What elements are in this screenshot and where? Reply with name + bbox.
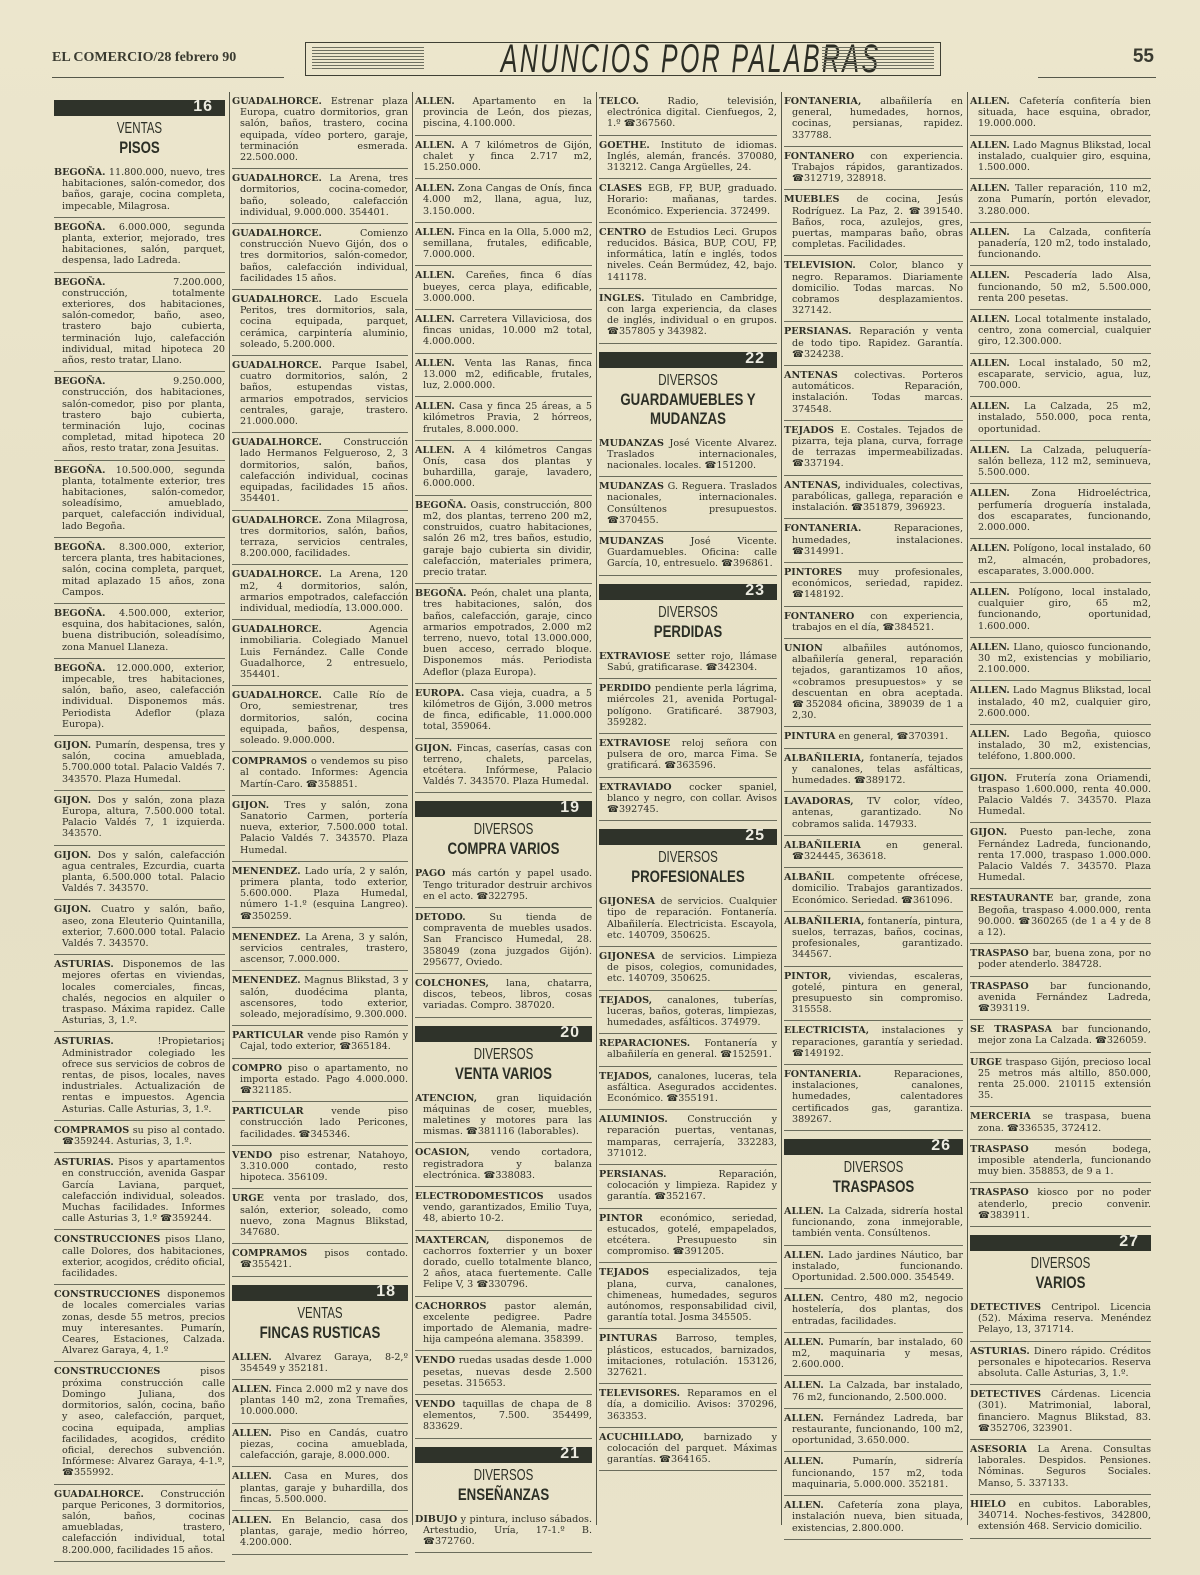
section-title: FINCAS RUSTICAS [251,1323,388,1342]
classified-ad: UNION albañiles autónomos, albañilería g… [784,639,963,727]
column-1: 16 VENTAS PISOSBEGOÑA. 11.800.000, nuevo… [52,92,227,1525]
classified-ad: ALLEN. La Calzada, sidrería hostal funci… [784,1202,963,1246]
classified-ad: GUADALHORCE. Comienzo construcción Nuevo… [232,224,408,290]
section-bar: 20 [415,1026,592,1042]
ad-lead: PARTICULAR [232,1030,304,1041]
column-2: GUADALHORCE. Estrenar plaza Europa, cuat… [229,92,410,1525]
ad-lead: GUADALHORCE. [232,173,322,184]
ad-lead: ALBAÑIL [784,872,834,883]
ad-lead: OCASION, [415,1147,470,1158]
ad-lead: MENENDEZ. [232,866,301,877]
section-bar: 22 [599,352,777,368]
ad-lead: GUADALHORCE. [232,294,322,305]
classified-ad: ALLEN. A 4 kilómetros Cangas Onís, casa … [415,441,592,496]
ad-lead: ALLEN. [784,1500,824,1511]
classified-ad: ALLEN. Fernández Ladreda, bar restaurant… [784,1409,963,1453]
section-title: PISOS [73,138,206,157]
ad-lead: UNION [784,643,823,654]
classified-ad: PERSIANAS. Reparación y venta de todo ti… [784,322,963,366]
ad-lead: GUADALHORCE. [232,624,322,635]
ad-lead: MUDANZAS [599,536,664,547]
classified-ad: ASTURIAS. Pisos y apartamentos en constr… [54,1153,225,1230]
classified-ad: GIJONESA de servicios. Limpieza de pisos… [599,947,777,991]
ad-lead: BEGOÑA. [54,663,106,674]
ad-lead: GIJON. [54,740,91,751]
section-category: DIVERSOS [995,1255,1125,1273]
ad-text: !Propietarios¡ Administrador colegiado l… [62,1036,225,1114]
ad-lead: ALLEN. [232,1384,272,1395]
classified-ad: TRASPASO mesón bodega, imposible atender… [970,1140,1151,1184]
classified-ad: PINTURAS Barroso, temples, plásticos, es… [599,1329,777,1384]
ad-lead: BEGOÑA. [54,465,106,476]
classified-ad: URGE venta por traslado, dos, salón, ext… [232,1189,408,1244]
ad-lead: GOETHE. [599,140,650,151]
section-title: TRASPASOS [804,1177,944,1196]
classified-ad: ALLEN. Centro, 480 m2, negocio hostelerí… [784,1289,963,1333]
classified-ad: ALLEN. Piso en Candás, cuatro piezas, co… [232,1424,408,1468]
ad-lead: HIELO [970,1499,1006,1510]
ad-lead: GIJON. [232,800,269,811]
section-title: PERDIDAS [619,622,758,641]
classified-ad: ALLEN. La Calzada, confitería panadería,… [970,223,1151,267]
classified-ad: TEJADOS especializados, teja plana, curv… [599,1263,777,1329]
ad-lead: DETECTIVES [970,1389,1041,1400]
classified-ad: BEGOÑA. 8.300.000, exterior, tercera pla… [54,538,225,604]
classified-ad: ALLEN. Lado Magnus Blikstad, local insta… [970,681,1151,725]
classified-ad: ALLEN. La Calzada, bar instalado, 76 m2,… [784,1376,963,1408]
ad-lead: ALLEN. [970,729,1010,740]
ad-text: venta por traslado, dos, salón, exterior… [240,1193,408,1238]
classified-ad: BEGOÑA. 12.000.000, exterior, impecable,… [54,659,225,736]
classified-ad: COMPRO piso o apartamento, no importa es… [232,1059,408,1103]
classified-ad: ALLEN. Alvarez Garaya, 8-2,º 354549 y 35… [232,1348,408,1380]
classified-ad: RESTAURANTE bar, grande, zona Begoña, tr… [970,889,1151,944]
section-number: 19 [560,799,580,817]
classified-ad: ALLEN. Taller reparación, 110 m2, zona P… [970,179,1151,223]
section-title: ENSEÑANZAS [434,1485,572,1504]
classified-ad: ALLEN. La Calzada, peluquería-salón bell… [970,441,1151,485]
ad-lead: PINTOR [599,1213,643,1224]
classified-ad: COMPRAMOS o vendemos su piso al contado.… [232,752,408,796]
classified-ad: REPARACIONES. Fontanería y albañilería e… [599,1034,777,1066]
ad-lead: ALLEN. [784,1380,824,1391]
section-number: 26 [931,1137,951,1155]
ad-lead: EXTRAVIOSE [599,651,670,662]
ad-lead: ELECTRICISTA, [784,1025,869,1036]
classified-ad: GIJON. Frutería zona Oriamendi, traspaso… [970,769,1151,824]
ad-lead: FONTANERIA, [784,96,861,107]
ad-lead: PINTURAS [599,1333,657,1344]
ad-lead: BEGOÑA. [54,608,106,619]
ad-lead: ALBAÑILERIA, [784,916,864,927]
ad-lead: TRASPASO [970,981,1029,992]
classified-ad: GIJON. Dos y salón, calefacción agua cen… [54,846,225,901]
ad-lead: TEJADOS [599,1267,649,1278]
ad-lead: ASTURIAS. [970,1346,1030,1357]
section-bar: 19 [415,801,592,817]
ad-text: pisos próxima construcción calle Domingo… [62,1366,225,1478]
classified-ad: INGLES. Titulado en Cambridge, con larga… [599,289,777,344]
classified-ad: EXTRAVIOSE setter rojo, llámase Sabú, gr… [599,647,777,679]
ad-lead: ALLEN. [970,587,1010,598]
ad-lead: ANTENAS [784,370,838,381]
classified-ad: MENENDEZ. Lado uría, 2 y salón, primera … [232,862,408,928]
classified-ad: ALLEN. A 7 kilómetros de Gijón, chalet y… [415,136,592,180]
classified-ad: GUADALHORCE. Lado Escuela Peritos, tres … [232,290,408,356]
section-category: DIVERSOS [440,1046,567,1064]
ad-lead: MUDANZAS [599,438,664,449]
ad-text: en general, ☎370391. [838,731,948,742]
classified-ad: GUADALHORCE. Parque Isabel, cuatro dormi… [232,356,408,433]
ad-lead: COMPRAMOS [232,756,307,767]
classified-ad: VENDO piso estrenar, Natahoyo, 3.310.000… [232,1146,408,1190]
ad-lead: TEJADOS [784,425,834,436]
classified-ad: TEJADOS E. Costales. Tejados de pizarra,… [784,421,963,476]
classified-ad: PINTURA en general, ☎370391. [784,727,963,748]
ad-lead: ALLEN. [970,227,1010,238]
classified-ad: ANTENAS colectivas. Porteros automáticos… [784,366,963,421]
classified-ad: ANTENAS, individuales, colectivas, parab… [784,476,963,520]
classified-ad: ALLEN. Carretera Villaviciosa, dos finca… [415,310,592,354]
classified-ad: VENDO taquillas de chapa de 8 elementos,… [415,1395,592,1439]
section-bar: 25 [599,829,777,845]
ad-lead: TEJADOS, [599,995,652,1006]
classified-ad: MUDANZAS G. Reguera. Traslados nacionale… [599,477,777,532]
classified-ad: TELEVISION. Color, blanco y negro. Repar… [784,256,963,322]
divider [52,77,284,78]
ad-lead: ALLEN. [415,445,455,456]
section-title: COMPRA VARIOS [434,839,572,858]
ad-lead: PERSIANAS. [784,326,852,337]
ad-text: Peón, chalet una planta, tres habitacion… [423,588,592,677]
classified-ad: TRASPASO bar, buena zona, por no poder a… [970,944,1151,976]
ad-lead: TRASPASO [970,948,1029,959]
ad-lead: ALLEN. [970,445,1010,456]
classified-ad: ALBAÑILERIA, fontanería, pintura, suelos… [784,912,963,967]
classified-ad: TELCO. Radio, televisión, electrónica di… [599,92,777,136]
ad-lead: COMPRAMOS [232,1248,307,1259]
ad-lead: ALBAÑILERIA, [784,753,864,764]
ad-lead: ASESORIA [970,1444,1027,1455]
ad-lead: ASTURIAS. [54,1036,114,1047]
ad-lead: GIJON. [54,850,91,861]
classified-ad: GIJON. Tres y salón, zona Sanatorio Carm… [232,796,408,862]
section-category: DIVERSOS [440,821,567,839]
classified-ad: ALLEN. Venta las Ranas, finca 13.000 m2,… [415,354,592,398]
publication-date: EL COMERCIO/28 febrero 90 [52,50,236,66]
ad-lead: VENDO [415,1399,455,1410]
section-bar: 27 [970,1235,1151,1251]
ad-text: albañiles autónomos, albañilería general… [792,643,963,721]
section-category: DIVERSOS [624,849,752,867]
classified-ad: MUDANZAS José Vicente Alvarez. Traslados… [599,434,777,478]
ad-lead: EXTRAVIOSE [599,738,670,749]
classified-ad: ALLEN. Pumarín, sidrería funcionando, 15… [784,1452,963,1496]
section-number: 21 [560,1445,580,1463]
classified-ad: MAXTERCAN, disponemos de cachorros foxte… [415,1231,592,1297]
classified-ad: ALLEN. Zona Hidroeléctrica, perfumería d… [970,484,1151,539]
column-3: ALLEN. Apartamento en la provincia de Le… [412,92,594,1525]
ad-lead: ALLEN. [970,270,1010,281]
ad-lead: DETODO. [415,912,466,923]
classified-ad: DETECTIVES Cárdenas. Licencia (301). Mat… [970,1385,1151,1440]
ad-lead: GIJON. [54,795,91,806]
ad-lead: ALLEN. [232,1515,272,1526]
section-category: DIVERSOS [624,604,752,622]
classified-ad: CENTRO de Estudios Leci. Grupos reducido… [599,223,777,289]
classified-ad: BEGOÑA. 7.200.000, construcción, totalme… [54,273,225,373]
ad-lead: GUADALHORCE. [232,96,322,107]
classified-ad: TEJADOS, canalones, luceras, tela asfált… [599,1067,777,1111]
page-number: 55 [1133,46,1154,68]
section-header: 21 DIVERSOS ENSEÑANZAS [415,1447,592,1504]
classified-ad: ALLEN. La Calzada, 25 m2, instalado, 550… [970,397,1151,441]
classified-ad: GUADALHORCE. Zona Milagrosa, tres dormit… [232,511,408,566]
classified-ad: ALUMINIOS. Construcción y reparación pue… [599,1110,777,1165]
classified-ad: BEGOÑA. Peón, chalet una planta, tres ha… [415,584,592,684]
ad-lead: CONSTRUCCIONES [54,1234,160,1245]
classified-ad: MENENDEZ. La Arena, 3 y salón, servicios… [232,928,408,972]
ad-lead: GIJON. [415,743,452,754]
ad-lead: EXTRAVIADO [599,782,672,793]
ad-lead: GUADALHORCE. [232,437,322,448]
classified-ad: ALBAÑIL competente ofrécese, domicilio. … [784,868,963,912]
ad-lead: MAXTERCAN, [415,1235,490,1246]
title-box: ANUNCIOS POR PALABRAS [305,42,941,76]
ad-lead: FONTANERO [784,151,854,162]
classified-ad: PINTORES muy profesionales, económicos, … [784,563,963,607]
ad-lead: ALLEN. [970,488,1010,499]
classified-ad: FONTANERIA, albañilería en general, hume… [784,92,963,147]
classified-ad: BEGOÑA. 6.000.000, segunda planta, exter… [54,218,225,273]
classified-ad: ALLEN. En Belancio, casa dos plantas, ga… [232,1511,408,1555]
classified-ad: GUADALHORCE. Estrenar plaza Europa, cuat… [232,92,408,169]
ad-lead: ALLEN. [232,1471,272,1482]
ad-text: traspaso Gijón, precioso local 25 metros… [978,1057,1151,1102]
classified-ad: CACHORROS pastor alemán, excelente pedig… [415,1297,592,1352]
classified-ad: CONSTRUCCIONES pisos Llano, calle Dolore… [54,1230,225,1285]
ad-lead: FONTANERIA. [784,523,861,534]
classified-ad: ASESORIA La Arena. Consultas laborales. … [970,1440,1151,1495]
ad-lead: ALLEN. [784,1206,824,1217]
classified-ad: MENENDEZ. Magnus Blikstad, 3 y salón, du… [232,971,408,1026]
classified-ad: BEGOÑA. 9.250.000, construcción, dos hab… [54,372,225,460]
classified-ad: TEJADOS, canalones, tuberías, luceras, b… [599,991,777,1035]
ad-lead: ALUMINIOS. [599,1114,668,1125]
section-category: DIVERSOS [624,372,752,390]
ad-lead: ASTURIAS. [54,959,114,970]
classified-ad: BEGOÑA. Oasis, construcción, 800 m2, dos… [415,496,592,584]
section-header: 16 VENTAS PISOS [54,100,225,157]
classified-ad: GUADALHORCE. Agencia inmobiliaria. Coleg… [232,620,408,686]
classified-ad: GIJONESA de servicios. Cualquier tipo de… [599,892,777,947]
classified-ad: ALLEN. Lado Magnus Blikstad, local insta… [970,136,1151,180]
decorative-lines [822,47,934,71]
classified-ad: ASTURIAS. Disponemos de las mejores ofer… [54,955,225,1032]
classified-ad: EXTRAVIOSE reloj señora con pulsera de o… [599,734,777,778]
classified-ad: PINTOR, viviendas, escaleras, gotelé, pi… [784,967,963,1022]
ad-lead: ALLEN. [415,227,455,238]
ad-lead: ALLEN. [415,183,455,194]
ad-lead: FONTANERIA. [784,1069,861,1080]
ad-lead: ALLEN. [784,1250,824,1261]
ad-lead: PINTORES [784,567,842,578]
ad-lead: BEGOÑA. [415,500,467,511]
ad-lead: ALLEN. [415,401,455,412]
classified-ad: EUROPA. Casa vieja, cuadra, a 5 kilómetr… [415,684,592,739]
ad-lead: BEGOÑA. [54,542,106,553]
ad-text: 9.250.000, construcción, dos habitacione… [62,376,225,454]
classified-ad: FONTANERIA. Reparaciones, humedades, ins… [784,519,963,563]
ad-lead: ALLEN. [970,685,1010,696]
ad-lead: MENENDEZ. [232,975,301,986]
classified-ad: ALLEN. Casa en Mures, dos plantas, garaj… [232,1467,408,1511]
ad-lead: ANTENAS, [784,480,841,491]
section-number: 23 [745,582,765,600]
ad-lead: RESTAURANTE [970,893,1053,904]
classified-ad: OCASION, vendo cortadora, registradora y… [415,1143,592,1187]
classified-ad: GIJON. Cuatro y salón, baño, aseo, zona … [54,900,225,955]
classified-ad: GUADALHORCE. La Arena, tres dormitorios,… [232,169,408,224]
section-bar: 18 [232,1285,408,1301]
section-number: 27 [1119,1233,1139,1251]
section-title: PROFESIONALES [619,867,758,886]
ad-lead: PERSIANAS. [599,1169,667,1180]
ad-lead: COMPRO [232,1063,282,1074]
classified-ad: ELECTRICISTA, instalaciones y reparacion… [784,1021,963,1065]
classified-ad: GIJON. Fincas, caserías, casas con terre… [415,739,592,794]
classified-ad: MUDANZAS José Vicente. Guardamuebles. Of… [599,532,777,576]
ad-lead: ALLEN. [970,401,1010,412]
section-bar: 23 [599,584,777,600]
page-title: ANUNCIOS POR PALABRAS [501,37,745,82]
classified-ad: GIJON. Puesto pan-leche, zona Fernández … [970,823,1151,889]
ad-lead: MUDANZAS [599,481,664,492]
ad-lead: ACUCHILLADO, [599,1432,684,1443]
ad-lead: GUADALHORCE. [232,360,322,371]
ad-lead: GIJONESA [599,896,655,907]
classified-ad: DETODO. Su tienda de compraventa de mueb… [415,908,592,974]
ad-lead: PINTOR, [784,971,831,982]
classified-ad: ALLEN. Careñes, finca 6 días bueyes, cer… [415,266,592,310]
ad-lead: ALLEN. [415,358,455,369]
classified-ad: MUEBLES de cocina, Jesús Rodríguez. La P… [784,190,963,256]
ad-lead: INGLES. [599,293,644,304]
classified-ad: ASTURIAS. !Propietarios¡ Administrador c… [54,1032,225,1120]
ad-lead: COMPRAMOS [54,1125,129,1136]
classified-ad: ALBAÑILERIA en general. ☎324445, 363618. [784,836,963,868]
ad-lead: GIJON. [970,773,1007,784]
classified-ad: FONTANERO con experiencia. Trabajos rápi… [784,147,963,191]
ad-lead: CACHORROS [415,1301,486,1312]
ad-lead: URGE [970,1057,1002,1068]
ad-lead: ALLEN. [970,543,1010,554]
classified-ad: ALLEN. Polígono, local instalado, 60 m2,… [970,539,1151,583]
ad-lead: TEJADOS, [599,1071,652,1082]
section-bar: 26 [784,1139,963,1155]
ad-lead: ALLEN. [784,1337,824,1348]
classified-ad: ALLEN. Apartamento en la provincia de Le… [415,92,592,136]
classified-ad: BEGOÑA. 10.500.000, segunda planta, tota… [54,461,225,538]
section-number: 25 [745,827,765,845]
section-header: 20 DIVERSOS VENTA VARIOS [415,1026,592,1083]
classified-ad: COMPRAMOS su piso al contado. ☎359244. A… [54,1121,225,1153]
classified-ad: ALLEN. Llano, quiosco funcionando, 30 m2… [970,638,1151,682]
classified-ad: ALLEN. Lado jardines Náutico, bar instal… [784,1246,963,1290]
ad-lead: PARTICULAR [232,1106,304,1117]
ad-lead: TELEVISION. [784,260,856,271]
classified-ad: FONTANERIA. Reparaciones, instalaciones,… [784,1065,963,1131]
ad-lead: GUADALHORCE. [232,515,322,526]
ad-lead: MUEBLES [784,194,839,205]
ad-lead: GUADALHORCE. [54,1489,144,1500]
section-title: VENTA VARIOS [434,1064,572,1083]
classified-ad: MERCERIA se traspasa, buena zona. ☎33653… [970,1107,1151,1139]
ad-lead: ALLEN. [415,270,455,281]
ad-lead: ALBAÑILERIA [784,840,861,851]
classified-ad: ALLEN. Finca 2.000 m2 y nave dos plantas… [232,1380,408,1424]
column-5: FONTANERIA, albañilería en general, hume… [781,92,965,1525]
ad-lead: VENDO [415,1355,455,1366]
classified-ad: VENDO ruedas usadas desde 1.000 pesetas,… [415,1351,592,1395]
section-header: 23 DIVERSOS PERDIDAS [599,584,777,641]
ad-lead: ALLEN. [784,1293,824,1304]
ad-lead: BEGOÑA. [54,277,106,288]
ad-lead: SE TRASPASA [970,1024,1052,1035]
ad-lead: CLASES [599,183,642,194]
classified-ad: ALLEN. Cafetería confitería bien situada… [970,92,1151,136]
section-bar: 16 [54,100,225,116]
ad-lead: TRASPASO [970,1144,1029,1155]
classified-ad: GUADALHORCE. Calle Río de Oro, semiestre… [232,686,408,752]
classified-ad: TELEVISORES. Reparamos en el día, a domi… [599,1384,777,1428]
ad-lead: GUADALHORCE. [232,228,322,239]
classified-ad: PERDIDO pendiente perla lágrima, miércol… [599,679,777,734]
ad-lead: TRASPASO [970,1187,1029,1198]
classified-ad: GIJON. Dos y salón, zona plaza Europa, a… [54,791,225,846]
ad-lead: ALLEN. [970,96,1010,107]
ad-lead: DETECTIVES [970,1302,1041,1313]
masthead: EL COMERCIO/28 febrero 90 ANUNCIOS POR P… [52,38,1156,80]
ad-lead: PAGO [415,868,446,879]
classified-ad: TRASPASO bar funcionando, avenida Fernán… [970,977,1151,1021]
classified-ad: ALBAÑILERIA, fontanería, tejados y canal… [784,749,963,793]
classified-ad: GUADALHORCE. Construcción parque Pericon… [54,1485,225,1562]
classified-ad: EXTRAVIADO cocker spaniel, blanco y negr… [599,778,777,822]
classified-ad: ALLEN. Casa y finca 25 áreas, a 5 kilóme… [415,397,592,441]
ad-lead: URGE [232,1193,264,1204]
classified-ad: FONTANERO con experiencia, trabajos en e… [784,607,963,639]
ad-lead: GIJON. [54,904,91,915]
classified-ad: GUADALHORCE. La Arena, 120 m2, 4 dormito… [232,565,408,620]
classified-ad: PERSIANAS. Reparación, colocación y limp… [599,1165,777,1209]
ad-lead: ALLEN. [970,140,1010,151]
section-header: 22 DIVERSOS GUARDAMUEBLES Y MUDANZAS [599,352,777,428]
ad-lead: DIBUJO [415,1514,457,1525]
ad-lead: REPARACIONES. [599,1038,690,1049]
column-4: TELCO. Radio, televisión, electrónica di… [596,92,779,1525]
ad-lead: CENTRO [599,227,646,238]
ad-lead: BEGOÑA. [54,376,106,387]
classified-ad: CLASES EGB, FP, BUP, graduado. Horario: … [599,179,777,223]
section-header: 26 DIVERSOS TRASPASOS [784,1139,963,1196]
section-header: 18 VENTAS FINCAS RUSTICAS [232,1285,408,1342]
classified-ad: ELECTRODOMESTICOS usados vendo, garantiz… [415,1187,592,1231]
classified-ad: DIBUJO y pintura, incluso sábados. Artes… [415,1510,592,1554]
ad-lead: MENENDEZ. [232,932,301,943]
ad-lead: GUADALHORCE. [232,569,322,580]
ad-lead: ALLEN. [415,314,455,325]
